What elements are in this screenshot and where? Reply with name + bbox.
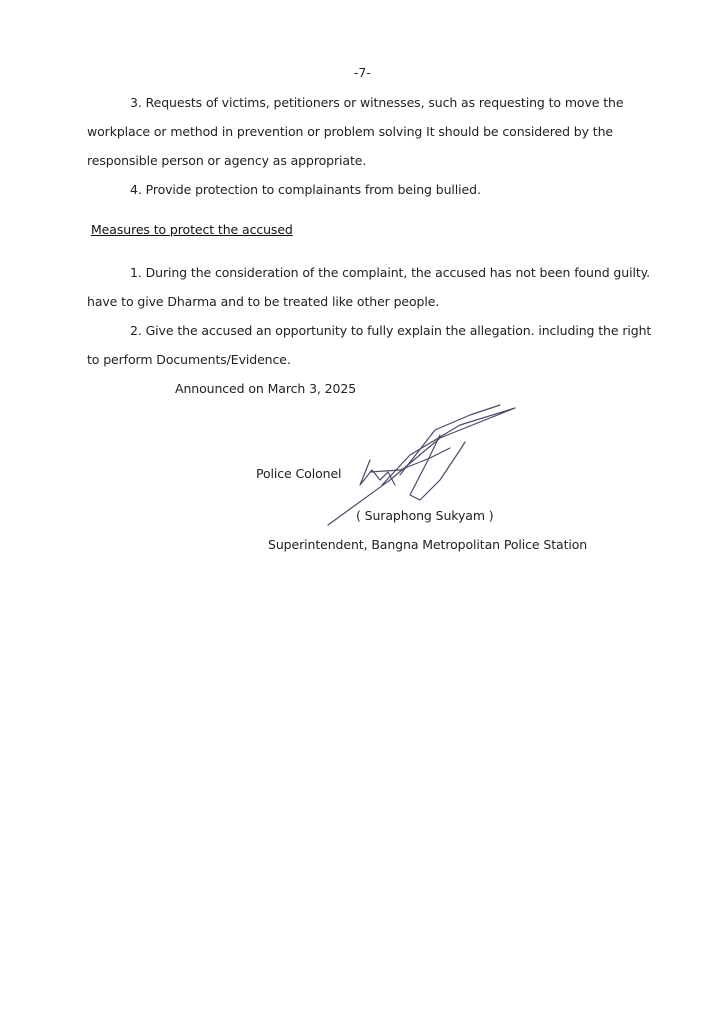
signatory-name: ( Suraphong Sukyam ) [356,508,494,523]
paragraph-3-line-1: 3. Requests of victims, petitioners or w… [130,95,623,110]
section-heading: Measures to protect the accused [91,222,293,237]
signatory-rank: Police Colonel [256,466,341,481]
signatory-position: Superintendent, Bangna Metropolitan Poli… [268,537,587,552]
item-1-line-2: have to give Dharma and to be treated li… [87,294,439,309]
item-1-line-1: 1. During the consideration of the compl… [130,265,650,280]
announcement-date: Announced on March 3, 2025 [175,381,356,396]
paragraph-3-line-3: responsible person or agency as appropri… [87,153,366,168]
paragraph-3-line-2: workplace or method in prevention or pro… [87,124,613,139]
paragraph-4: 4. Provide protection to complainants fr… [130,182,481,197]
item-2-line-2: to perform Documents/Evidence. [87,352,291,367]
item-2-line-1: 2. Give the accused an opportunity to fu… [130,323,651,338]
page-number: -7- [354,65,371,80]
